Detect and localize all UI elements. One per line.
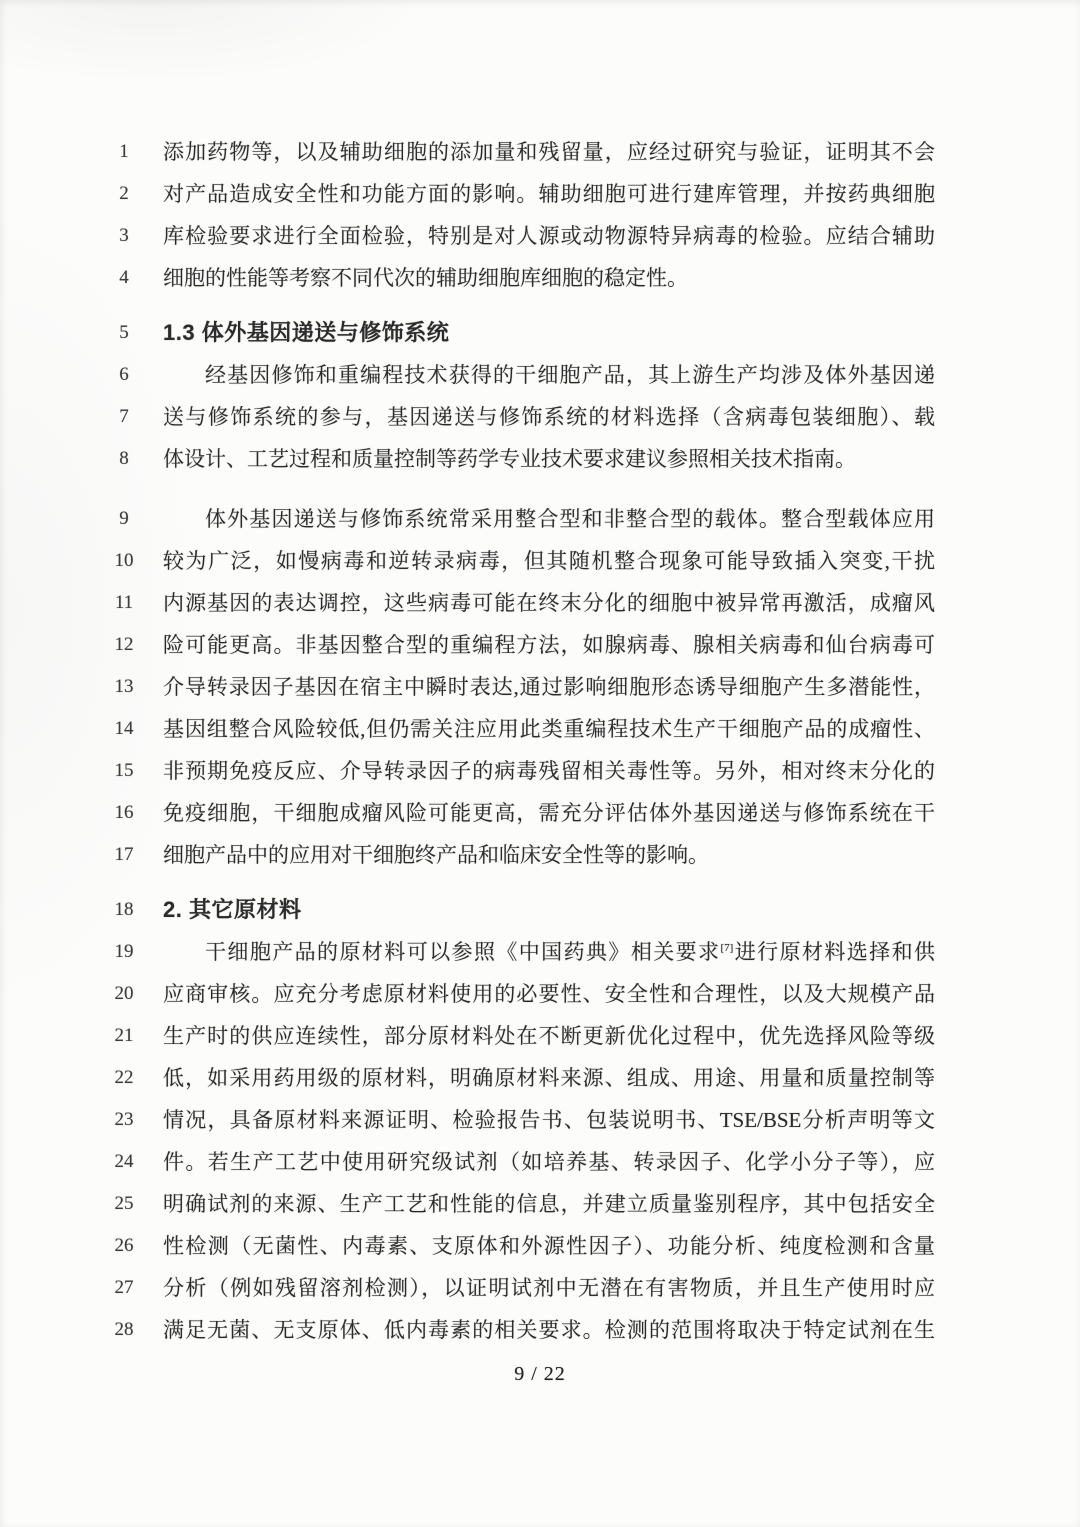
text-row: 14基因组整合风险较低,但仍需关注应用此类重编程技术生产干细胞产品的成瘤性、: [104, 708, 935, 750]
line-text: 明确试剂的来源、生产工艺和性能的信息，并建立质量鉴别程序，其中包括安全: [163, 1183, 935, 1225]
line-number: 5: [104, 322, 144, 344]
page-number: 9 / 22: [514, 1363, 566, 1385]
text-row: 2对产品造成安全性和功能方面的影响。辅助细胞可进行建库管理，并按药典细胞: [104, 173, 935, 215]
text-row: 22低，如采用药用级的原材料，明确原材料来源、组成、用途、用量和质量控制等: [104, 1057, 935, 1099]
document-page: 1添加药物等，以及辅助细胞的添加量和残留量，应经过研究与验证，证明其不会2对产品…: [0, 0, 1080, 1527]
line-number: 28: [104, 1319, 144, 1341]
line-text: 体设计、工艺过程和质量控制等药学专业技术要求建议参照相关技术指南。: [163, 438, 935, 480]
line-number: 22: [104, 1067, 144, 1089]
text-row: 10较为广泛，如慢病毒和逆转录病毒，但其随机整合现象可能导致插入突变,干扰: [104, 540, 935, 582]
line-text: 干细胞产品的原材料可以参照《中国药典》相关要求[7]进行原材料选择和供: [163, 931, 935, 973]
text-row: 27分析（例如残留溶剂检测），以证明试剂中无潜在有害物质，并且生产使用时应: [104, 1267, 935, 1309]
line-number: 14: [104, 718, 144, 740]
line-number: 13: [104, 676, 144, 698]
text-row: 7送与修饰系统的参与，基因递送与修饰系统的材料选择（含病毒包装细胞）、载: [104, 396, 935, 438]
line-text: 低，如采用药用级的原材料，明确原材料来源、组成、用途、用量和质量控制等: [163, 1057, 935, 1099]
line-number: 2: [104, 183, 144, 205]
line-text: 细胞的性能等考察不同代次的辅助细胞库细胞的稳定性。: [163, 257, 935, 299]
line-number: 16: [104, 802, 144, 824]
text-row: 19干细胞产品的原材料可以参照《中国药典》相关要求[7]进行原材料选择和供: [104, 931, 935, 973]
line-number: 21: [104, 1025, 144, 1047]
line-text: 送与修饰系统的参与，基因递送与修饰系统的材料选择（含病毒包装细胞）、载: [163, 396, 935, 438]
line-text: 性检测（无菌性、内毒素、支原体和外源性因子）、功能分析、纯度检测和含量: [163, 1225, 935, 1267]
line-number: 27: [104, 1277, 144, 1299]
line-text: 内源基因的表达调控，这些病毒可能在终末分化的细胞中被异常再激活，成瘤风: [163, 582, 935, 624]
text-row: 8体设计、工艺过程和质量控制等药学专业技术要求建议参照相关技术指南。: [104, 438, 935, 480]
heading-row: 51.3 体外基因递送与修饰系统: [104, 312, 935, 354]
line-number: 1: [104, 141, 144, 163]
text-row: 16免疫细胞，干细胞成瘤风险可能更高，需充分评估体外基因递送与修饰系统在干: [104, 792, 935, 834]
line-number: 10: [104, 550, 144, 572]
text-row: 4细胞的性能等考察不同代次的辅助细胞库细胞的稳定性。: [104, 257, 935, 299]
line-number: 19: [104, 941, 144, 963]
document-lines: 1添加药物等，以及辅助细胞的添加量和残留量，应经过研究与验证，证明其不会2对产品…: [0, 0, 1080, 1351]
text-row: 1添加药物等，以及辅助细胞的添加量和残留量，应经过研究与验证，证明其不会: [104, 131, 935, 173]
line-text: 件。若生产工艺中使用研究级试剂（如培养基、转录因子、化学小分子等），应: [163, 1141, 935, 1183]
line-number: 4: [104, 267, 144, 289]
text-row: 3库检验要求进行全面检验，特别是对人源或动物源特异病毒的检验。应结合辅助: [104, 215, 935, 257]
line-text: 分析（例如残留溶剂检测），以证明试剂中无潜在有害物质，并且生产使用时应: [163, 1267, 935, 1309]
text-row: 13介导转录因子基因在宿主中瞬时表达,通过影响细胞形态诱导细胞产生多潜能性，: [104, 666, 935, 708]
line-number: 17: [104, 844, 144, 866]
text-row: 17细胞产品中的应用对干细胞终产品和临床安全性等的影响。: [104, 834, 935, 876]
line-number: 6: [104, 364, 144, 386]
line-text: 非预期免疫反应、介导转录因子的病毒残留相关毒性等。另外，相对终末分化的: [163, 750, 935, 792]
line-number: 3: [104, 225, 144, 247]
line-number: 9: [104, 508, 144, 530]
text-row: 9体外基因递送与修饰系统常采用整合型和非整合型的载体。整合型载体应用: [104, 498, 935, 540]
line-text: 险可能更高。非基因整合型的重编程方法，如腺病毒、腺相关病毒和仙台病毒可: [163, 624, 935, 666]
line-text-after-ref: 进行原材料选择和供: [733, 940, 935, 964]
text-row: 26性检测（无菌性、内毒素、支原体和外源性因子）、功能分析、纯度检测和含量: [104, 1225, 935, 1267]
text-row: 28满足无菌、无支原体、低内毒素的相关要求。检测的范围将取决于特定试剂在生: [104, 1309, 935, 1351]
line-number: 26: [104, 1235, 144, 1257]
line-number: 25: [104, 1193, 144, 1215]
line-text: 介导转录因子基因在宿主中瞬时表达,通过影响细胞形态诱导细胞产生多潜能性，: [163, 666, 935, 708]
line-text: 生产时的供应连续性，部分原材料处在不断更新优化过程中，优先选择风险等级: [163, 1015, 935, 1057]
line-text: 情况，具备原材料来源证明、检验报告书、包装说明书、TSE/BSE分析声明等文: [163, 1099, 935, 1141]
line-text: 较为广泛，如慢病毒和逆转录病毒，但其随机整合现象可能导致插入突变,干扰: [163, 540, 935, 582]
line-text: 细胞产品中的应用对干细胞终产品和临床安全性等的影响。: [163, 834, 935, 876]
section-heading: 1.3 体外基因递送与修饰系统: [163, 312, 935, 354]
line-number: 20: [104, 983, 144, 1005]
section-heading: 2. 其它原材料: [163, 889, 935, 931]
line-number: 15: [104, 760, 144, 782]
text-row: 23情况，具备原材料来源证明、检验报告书、包装说明书、TSE/BSE分析声明等文: [104, 1099, 935, 1141]
text-row: 20应商审核。应充分考虑原材料使用的必要性、安全性和合理性，以及大规模产品: [104, 973, 935, 1015]
line-text: 体外基因递送与修饰系统常采用整合型和非整合型的载体。整合型载体应用: [163, 498, 935, 540]
citation-reference: [7]: [720, 942, 733, 954]
text-row: 21生产时的供应连续性，部分原材料处在不断更新优化过程中，优先选择风险等级: [104, 1015, 935, 1057]
line-number: 23: [104, 1109, 144, 1131]
line-text-before-ref: 干细胞产品的原材料可以参照《中国药典》相关要求: [205, 940, 720, 964]
line-number: 11: [104, 592, 144, 614]
line-text: 经基因修饰和重编程技术获得的干细胞产品，其上游生产均涉及体外基因递: [163, 354, 935, 396]
page-footer: 9 / 22: [0, 1359, 1080, 1391]
text-row: 25明确试剂的来源、生产工艺和性能的信息，并建立质量鉴别程序，其中包括安全: [104, 1183, 935, 1225]
line-text: 添加药物等，以及辅助细胞的添加量和残留量，应经过研究与验证，证明其不会: [163, 131, 935, 173]
line-text: 免疫细胞，干细胞成瘤风险可能更高，需充分评估体外基因递送与修饰系统在干: [163, 792, 935, 834]
line-text: 对产品造成安全性和功能方面的影响。辅助细胞可进行建库管理，并按药典细胞: [163, 173, 935, 215]
text-row: 12险可能更高。非基因整合型的重编程方法，如腺病毒、腺相关病毒和仙台病毒可: [104, 624, 935, 666]
heading-row: 182. 其它原材料: [104, 889, 935, 931]
line-text: 库检验要求进行全面检验，特别是对人源或动物源特异病毒的检验。应结合辅助: [163, 215, 935, 257]
text-row: 6经基因修饰和重编程技术获得的干细胞产品，其上游生产均涉及体外基因递: [104, 354, 935, 396]
line-text: 基因组整合风险较低,但仍需关注应用此类重编程技术生产干细胞产品的成瘤性、: [163, 708, 935, 750]
text-row: 15非预期免疫反应、介导转录因子的病毒残留相关毒性等。另外，相对终末分化的: [104, 750, 935, 792]
text-row: 11内源基因的表达调控，这些病毒可能在终末分化的细胞中被异常再激活，成瘤风: [104, 582, 935, 624]
line-number: 12: [104, 634, 144, 656]
line-number: 24: [104, 1151, 144, 1173]
line-number: 18: [104, 899, 144, 921]
line-number: 7: [104, 406, 144, 428]
line-text: 满足无菌、无支原体、低内毒素的相关要求。检测的范围将取决于特定试剂在生: [163, 1309, 935, 1351]
line-number: 8: [104, 448, 144, 470]
line-text: 应商审核。应充分考虑原材料使用的必要性、安全性和合理性，以及大规模产品: [163, 973, 935, 1015]
text-row: 24件。若生产工艺中使用研究级试剂（如培养基、转录因子、化学小分子等），应: [104, 1141, 935, 1183]
